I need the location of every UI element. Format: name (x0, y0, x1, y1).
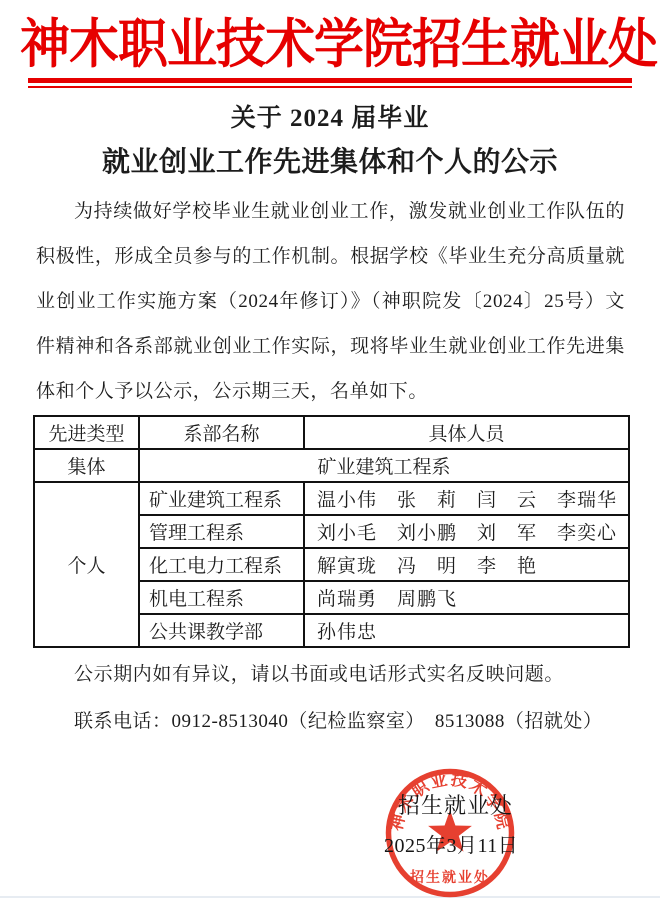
letterhead-org-name: 神木职业技术学院招生就业处 (20, 10, 640, 78)
letterhead-double-rule (28, 78, 632, 88)
doc-title-line1: 关于 2024 届毕业 (0, 104, 660, 134)
department-cell: 公共课教学部 (139, 614, 304, 647)
people-cell: 解寅珑 冯 明 李 艳 (304, 548, 629, 581)
col-header-department: 系部名称 (139, 416, 304, 449)
contact-phone-line: 联系电话：0912-8513040（纪检监察室） 8513088（招就处） (36, 707, 625, 737)
collective-type-cell: 集体 (34, 449, 139, 482)
objection-note: 公示期内如有异议，请以书面或电话形式实名反映问题。 (36, 660, 625, 690)
col-header-type: 先进类型 (34, 416, 139, 449)
col-header-people: 具体人员 (304, 416, 629, 449)
people-cell: 刘小毛 刘小鹏 刘 军 李奕心 (304, 515, 629, 548)
page-bottom-edge (0, 896, 660, 898)
department-cell: 化工电力工程系 (139, 548, 304, 581)
table-header-row: 先进类型 系部名称 具体人员 (34, 416, 629, 449)
signature-department: 招生就业处 (398, 789, 513, 820)
seal-bottom-text: 招生就业处 (409, 869, 490, 886)
people-cell: 尚瑞勇 周鹏飞 (304, 581, 629, 614)
department-cell: 机电工程系 (139, 581, 304, 614)
people-cell: 孙伟忠 (304, 614, 629, 647)
department-cell: 管理工程系 (139, 515, 304, 548)
awards-table: 先进类型 系部名称 具体人员 集体 矿业建筑工程系 个人 矿业建筑工程系 温小伟… (33, 415, 630, 648)
individual-type-cell: 个人 (34, 482, 139, 647)
doc-title-line2: 就业创业工作先进集体和个人的公示 (0, 147, 660, 179)
collective-department-cell: 矿业建筑工程系 (139, 449, 629, 482)
collective-row: 集体 矿业建筑工程系 (34, 449, 629, 482)
table-row: 个人 矿业建筑工程系 温小伟 张 莉 闫 云 李瑞华 (34, 482, 629, 515)
signature-date: 2025年3月11日 (384, 829, 518, 858)
body-paragraph: 为持续做好学校毕业生就业创业工作，激发就业创业工作队伍的积极性，形成全员参与的工… (36, 189, 625, 414)
department-cell: 矿业建筑工程系 (139, 482, 304, 515)
notice-document: 神木职业技术学院招生就业处 关于 2024 届毕业 就业创业工作先进集体和个人的… (0, 0, 660, 899)
people-cell: 温小伟 张 莉 闫 云 李瑞华 (304, 482, 629, 515)
